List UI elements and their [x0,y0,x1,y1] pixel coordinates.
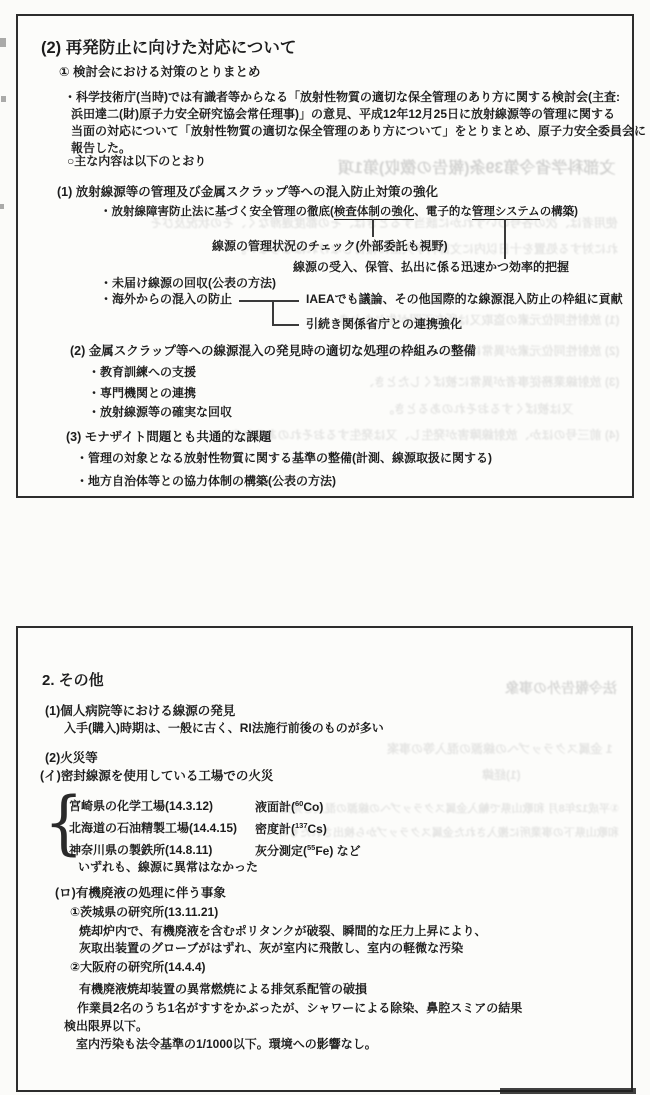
branch-iaea: IAEAでも議論、その他国際的な線源混入防止の枠組に貢献 [306,293,623,307]
case-site: 宮崎県の化学工場(14.3.12) [69,800,213,814]
connector-line [272,324,299,326]
isotope-element: Cs) [308,822,327,836]
section-heading: ① 検討会における対策のとりまとめ [59,65,261,79]
item-1-body: 入手(購入)時期は、一般に古く、RI法施行前後のものが多い [64,722,384,736]
bullet-text: 、電子的な [414,206,472,218]
isotope-mass-number: 137 [295,821,308,830]
device-label: 灰分測定( [255,844,307,858]
branch-ministries: 引続き関係省庁との連携強化 [306,318,462,332]
contents-label: ○主な内容は以下のとおり [67,155,206,169]
paragraph-line: 浜田達二(財)原子力安全研究協会常任理事)」の意見、平成12年12月25日に放射… [71,108,615,122]
connector-line [239,300,299,302]
underlined-phrase-wrap: 検査体制の強化 [334,206,415,219]
scan-dark-edge [500,1088,636,1094]
slide-1-recurrence-prevention: 文部科学省令第39条(報告の徴収)第1項 使用者は、次の各号のいずれかに該当する… [16,14,634,498]
bullet-text: の構築) [540,206,578,218]
bullet-overseas-contamination: ・海外からの混入の防止 [100,293,232,307]
isotope-element: Co) [303,800,323,814]
bleed-through-text: (3) 放射線業務従事者が異常に被ばくしたとき、 [362,373,620,390]
item-3-heading: (3) モナザイト問題とも共通的な課題 [66,430,271,444]
case-device: 液面計(60Co) [255,800,323,815]
underlined-management-system: 管理システム [472,206,540,220]
bullet-reliable-recovery: ・放射線源等の確実な回収 [88,406,232,420]
bleed-through-text: 和歌山県下の事業所に搬入された金属スクラップから検出されたもの [278,824,619,840]
underlined-phrase-wrap: 管理システム [472,206,540,219]
bullet-standards: ・管理の対象となる放射性物質に関する基準の整備(計測、線源取扱に関する) [76,452,492,466]
case-site: 北海道の石油精製工場(14.4.15) [69,822,237,836]
slide-title: 2. その他 [42,672,104,689]
item-1-heading: (1)個人病院等における線源の発見 [45,704,235,718]
bullet-safety-management: ・放射線障害防止法に基づく安全管理の徹底(検査体制の強化、電子的な管理システムの… [100,206,578,219]
note-receipt-storage: 線源の受入、保管、払出に係る迅速かつ効率的把握 [293,261,569,275]
bleed-through-text: 又は被ばくするおそれのあるとき。 [382,400,574,417]
bleed-through-text: (1)経緯 [482,766,521,783]
connector-line [504,219,506,259]
case-1-line: 灰取出装置のグローブがはずれ、灰が室内に飛散し、室内の軽微な汚染 [79,942,463,956]
bullet-local-government: ・地方自治体等との協力体制の構築(公表の方法) [76,475,336,489]
bleed-through-text: 法令報告外の事象 [505,678,617,698]
isotope-element: Fe) など [315,844,360,858]
case-device: 灰分測定(55Fe) など [255,844,361,859]
bleed-through-text: (4) 前三号のほか、放射線障害が発生し、又は発生するおそれのあるとき。 [218,426,620,443]
case-site: 神奈川県の製鉄所(14.8.11) [69,844,212,858]
fire-result: いずれも、線源に異常はなかった [78,861,258,875]
slide-title: (2) 再発防止に向けた対応について [41,39,296,58]
scan-speck [0,38,6,47]
bleed-through-text: ①平成12年8月 和歌山県で輸入金属スクラップへの線源の混入を発見 [281,800,619,816]
bleed-through-text: 文部科学省令第39条(報告の徴収)第1項 [338,155,615,178]
case-1-heading: ①茨城県の研究所(13.11.21) [70,906,218,920]
device-label: 液面計( [255,800,295,814]
case-2-line: 作業員2名のうち1名がすすをかぶったが、シャワーによる除染、鼻腔スミアの結果 [77,1002,522,1016]
case-2-line: 有機廃液焼却装置の異常燃焼による排気系配管の破損 [79,983,367,997]
connector-line [372,219,374,237]
bullet-training-support: ・教育訓練への支援 [88,366,196,380]
item-2-heading: (2)火災等 [45,751,98,765]
scanned-document-page: { "box1": { "title": "(2) 再発防止に向けた対応について… [0,0,650,1095]
bleed-through-text: 1 金属スクラップへの線源の混入等の事案 [387,740,613,757]
case-1-line: 焼却炉内で、有機廃液を含むポリタンクが破裂、瞬間的な圧力上昇により、 [79,925,487,939]
sub-ro-heading: (ロ)有機廃液の処理に伴う事象 [55,886,226,900]
note-source-check: 線源の管理状況のチェック(外部委託も視野) [212,240,448,254]
scan-speck [1,96,6,102]
underlined-inspection-system: 検査体制の強化 [334,206,415,220]
case-2-heading: ②大阪府の研究所(14.4.4) [70,961,206,975]
bullet-unregistered-sources: ・未届け線源の回収(公表の方法) [100,277,276,291]
slide-2-others: 法令報告外の事象 1 金属スクラップへの線源の混入等の事案 (1)経緯 ①平成1… [16,626,633,1092]
case-2-line: 室内汚染も法令基準の1/1000以下。環境への影響なし。 [76,1038,377,1052]
item-2-heading: (2) 金属スクラップ等への線源混入の発見時の適切な処理の枠組みの整備 [70,344,476,358]
case-device: 密度計(137Cs) [255,822,327,837]
bullet-expert-cooperation: ・専門機関との連携 [88,387,196,401]
scan-speck [0,204,4,209]
paragraph-line: 当面の対応について「放射性物質の適切な保全管理のあり方について」をとりまとめ、原… [71,125,646,139]
case-2-line: 検出限界以下。 [64,1020,148,1034]
paragraph-line: ・科学技術庁(当時)では有識者等からなる「放射性物質の適切な保全管理のあり方に関… [64,91,620,105]
connector-line [272,300,274,325]
bullet-text: ・放射線障害防止法に基づく安全管理の徹底( [100,206,334,218]
item-1-heading: (1) 放射線源等の管理及び金属スクラップ等への混入防止対策の強化 [57,185,438,199]
device-label: 密度計( [255,822,295,836]
